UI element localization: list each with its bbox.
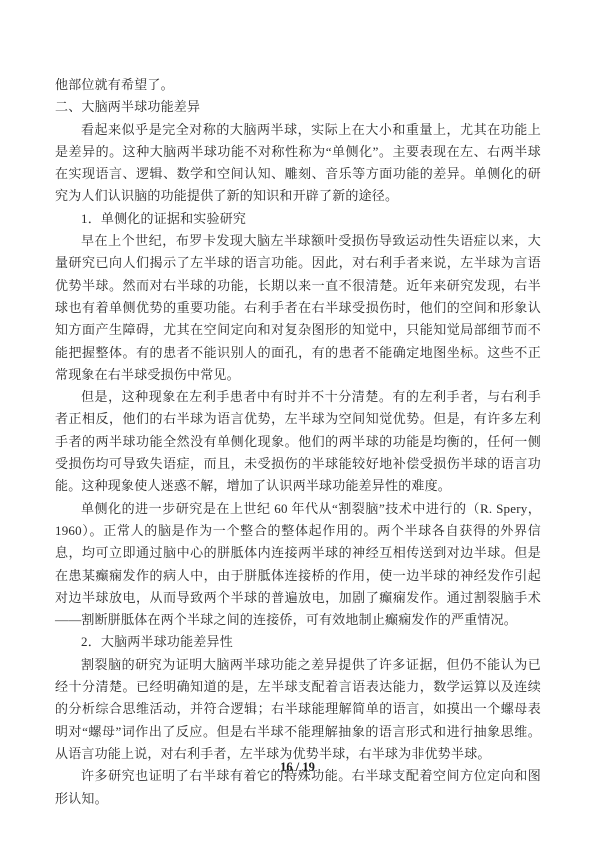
document-page: 他部位就有希望了。二、大脑两半球功能差异看起来似乎是完全对称的大脑两半球，实际上… bbox=[0, 0, 595, 841]
paragraph: 单侧化的进一步研究是在上世纪 60 年代从“割裂脑”技术中进行的（R. Sper… bbox=[55, 498, 541, 632]
paragraph: 看起来似乎是完全对称的大脑两半球，实际上在大小和重量上，尤其在功能上是差异的。这… bbox=[55, 119, 541, 208]
paragraph-continuation: 他部位就有希望了。 bbox=[55, 74, 541, 96]
page-number: 16 / 19 bbox=[280, 760, 315, 774]
subsection-heading: 2．大脑两半球功能差异性 bbox=[55, 631, 541, 653]
paragraph: 割裂脑的研究为证明大脑两半球功能之差异提供了许多证据，但仍不能认为已经十分清楚。… bbox=[55, 654, 541, 765]
page-body: 他部位就有希望了。二、大脑两半球功能差异看起来似乎是完全对称的大脑两半球，实际上… bbox=[55, 74, 541, 810]
paragraph: 但是，这种现象在左利手患者中有时并不十分清楚。有的左利手者，与右利手者正相反，他… bbox=[55, 386, 541, 497]
subsection-heading: 1．单侧化的证据和实验研究 bbox=[55, 208, 541, 230]
paragraph: 早在上个世纪，布罗卡发现大脑左半球额叶受损伤导致运动性失语症以来，大量研究已向人… bbox=[55, 230, 541, 386]
page-footer: 16 / 19 bbox=[0, 760, 595, 775]
section-heading: 二、大脑两半球功能差异 bbox=[55, 96, 541, 118]
